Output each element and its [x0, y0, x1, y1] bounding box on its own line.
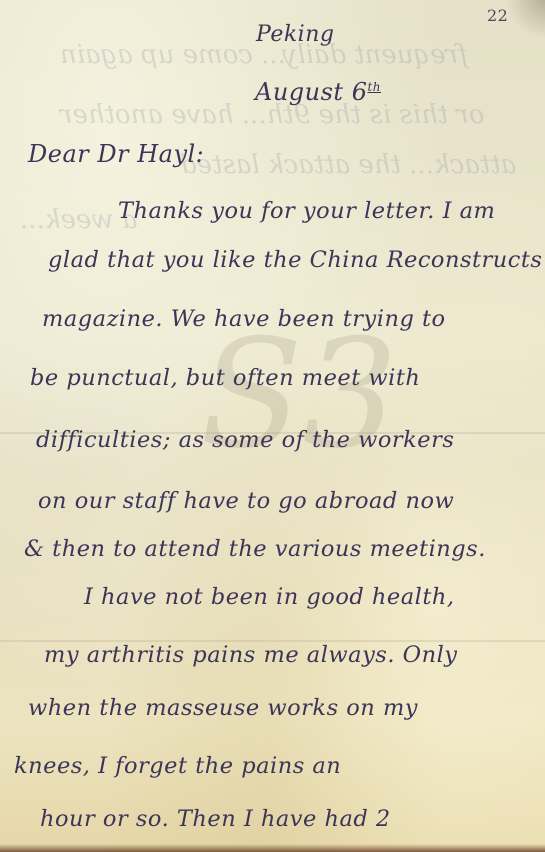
body-line: I have not been in good health, — [84, 584, 455, 610]
body-line: hour or so. Then I have had 2 — [40, 806, 391, 832]
body-line: Thanks you for your letter. I am — [118, 198, 495, 224]
page-bottom-edge — [0, 844, 545, 852]
bleed-through-text: attack... the attack lasted — [180, 150, 516, 180]
body-line: difficulties; as some of the workers — [36, 427, 454, 453]
letter-salutation: Dear Dr Hayl: — [28, 140, 204, 168]
page-number: 22 — [487, 6, 508, 25]
body-line: knees, I forget the pains an — [14, 753, 341, 779]
body-line: & then to attend the various meetings. — [24, 536, 486, 562]
body-line: my arthritis pains me always. Only — [44, 642, 458, 668]
page-corner-shadow — [505, 0, 545, 40]
date-suffix: th — [367, 80, 381, 94]
body-line: glad that you like the China Reconstruct… — [48, 247, 542, 273]
letter-place: Peking — [256, 22, 334, 47]
body-line: on our staff have to go abroad now — [38, 488, 454, 514]
letter-page: frequent daily... come up again or this … — [0, 0, 545, 852]
date-text: August 6 — [255, 78, 367, 106]
body-line: magazine. We have been trying to — [42, 306, 446, 332]
letter-date: August 6th — [255, 78, 381, 106]
body-line: be punctual, but often meet with — [30, 365, 420, 391]
body-line: when the masseuse works on my — [28, 695, 418, 721]
